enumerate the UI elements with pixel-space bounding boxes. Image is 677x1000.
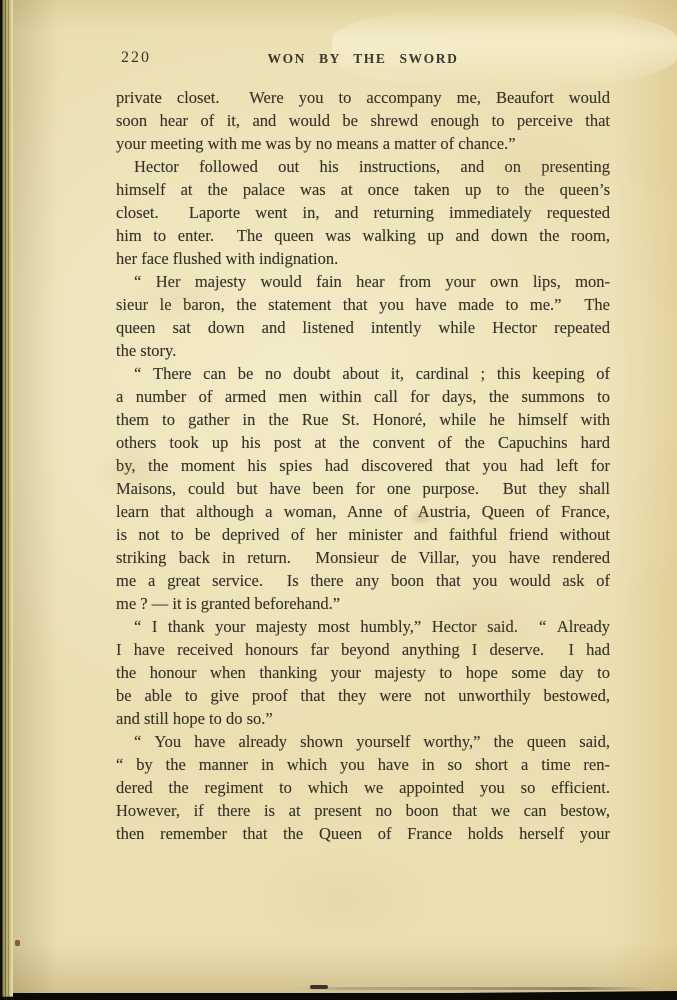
text-line: them to gather in the Rue St. Honoré, wh…	[116, 408, 610, 431]
book-cover-edge-bump	[310, 985, 328, 989]
page: 220 WON BY THE SWORD private closet. Wer…	[13, 0, 677, 993]
text-line: the honour when thanking your majesty to…	[116, 661, 610, 684]
text-line: me a great service. Is there any boon th…	[116, 569, 610, 592]
text-line: Maisons, could but have been for one pur…	[116, 477, 610, 500]
text-line: “ Her majesty would fain hear from your …	[116, 270, 610, 293]
text-line: himself at the palace was at once taken …	[116, 178, 610, 201]
page-text: private closet. Were you to accompany me…	[116, 86, 610, 845]
text-line: your meeting with me was by no means a m…	[116, 132, 610, 155]
book-page-edges	[0, 0, 13, 998]
text-line: me ? — it is granted beforehand.”	[116, 592, 610, 615]
page-edge-mark	[15, 940, 20, 946]
text-line: closet. Laporte went in, and returning i…	[116, 201, 610, 224]
text-line: sieur le baron, the statement that you h…	[116, 293, 610, 316]
running-title: WON BY THE SWORD	[116, 51, 610, 67]
text-line: others took up his post at the convent o…	[116, 431, 610, 454]
text-line: soon hear of it, and would be shrewd eno…	[116, 109, 610, 132]
text-line: “ You have already shown yourself worthy…	[116, 730, 610, 753]
text-line: her face flushed with indignation.	[116, 247, 610, 270]
text-line: and still hope to do so.”	[116, 707, 610, 730]
text-line: private closet. Were you to accompany me…	[116, 86, 610, 109]
text-line: the story.	[116, 339, 610, 362]
text-line: striking back in return. Monsieur de Vil…	[116, 546, 610, 569]
book-cover-edge-highlight	[295, 987, 652, 990]
text-line: “ There can be no doubt about it, cardin…	[116, 362, 610, 385]
text-line: is not to be deprived of her minister an…	[116, 523, 610, 546]
text-line: learn that although a woman, Anne of Aus…	[116, 500, 610, 523]
text-line: However, if there is at present no boon …	[116, 799, 610, 822]
text-line: I have received honours far beyond anyth…	[116, 638, 610, 661]
text-line: “ I thank your majesty most humbly,” Hec…	[116, 615, 610, 638]
text-line: be able to give proof that they were not…	[116, 684, 610, 707]
text-line: dered the regiment to which we appointed…	[116, 776, 610, 799]
text-line: then remember that the Queen of France h…	[116, 822, 610, 845]
text-line: queen sat down and listened intently whi…	[116, 316, 610, 339]
text-line: by, the moment his spies had discovered …	[116, 454, 610, 477]
text-line: him to enter. The queen was walking up a…	[116, 224, 610, 247]
text-line: a number of armed men within call for da…	[116, 385, 610, 408]
scanner-glare	[332, 6, 677, 90]
text-line: “ by the manner in which you have in so …	[116, 753, 610, 776]
page-header: 220 WON BY THE SWORD	[116, 49, 610, 69]
book-page-scan: 220 WON BY THE SWORD private closet. Wer…	[0, 0, 677, 1000]
text-line: Hector followed out his instructions, an…	[116, 155, 610, 178]
